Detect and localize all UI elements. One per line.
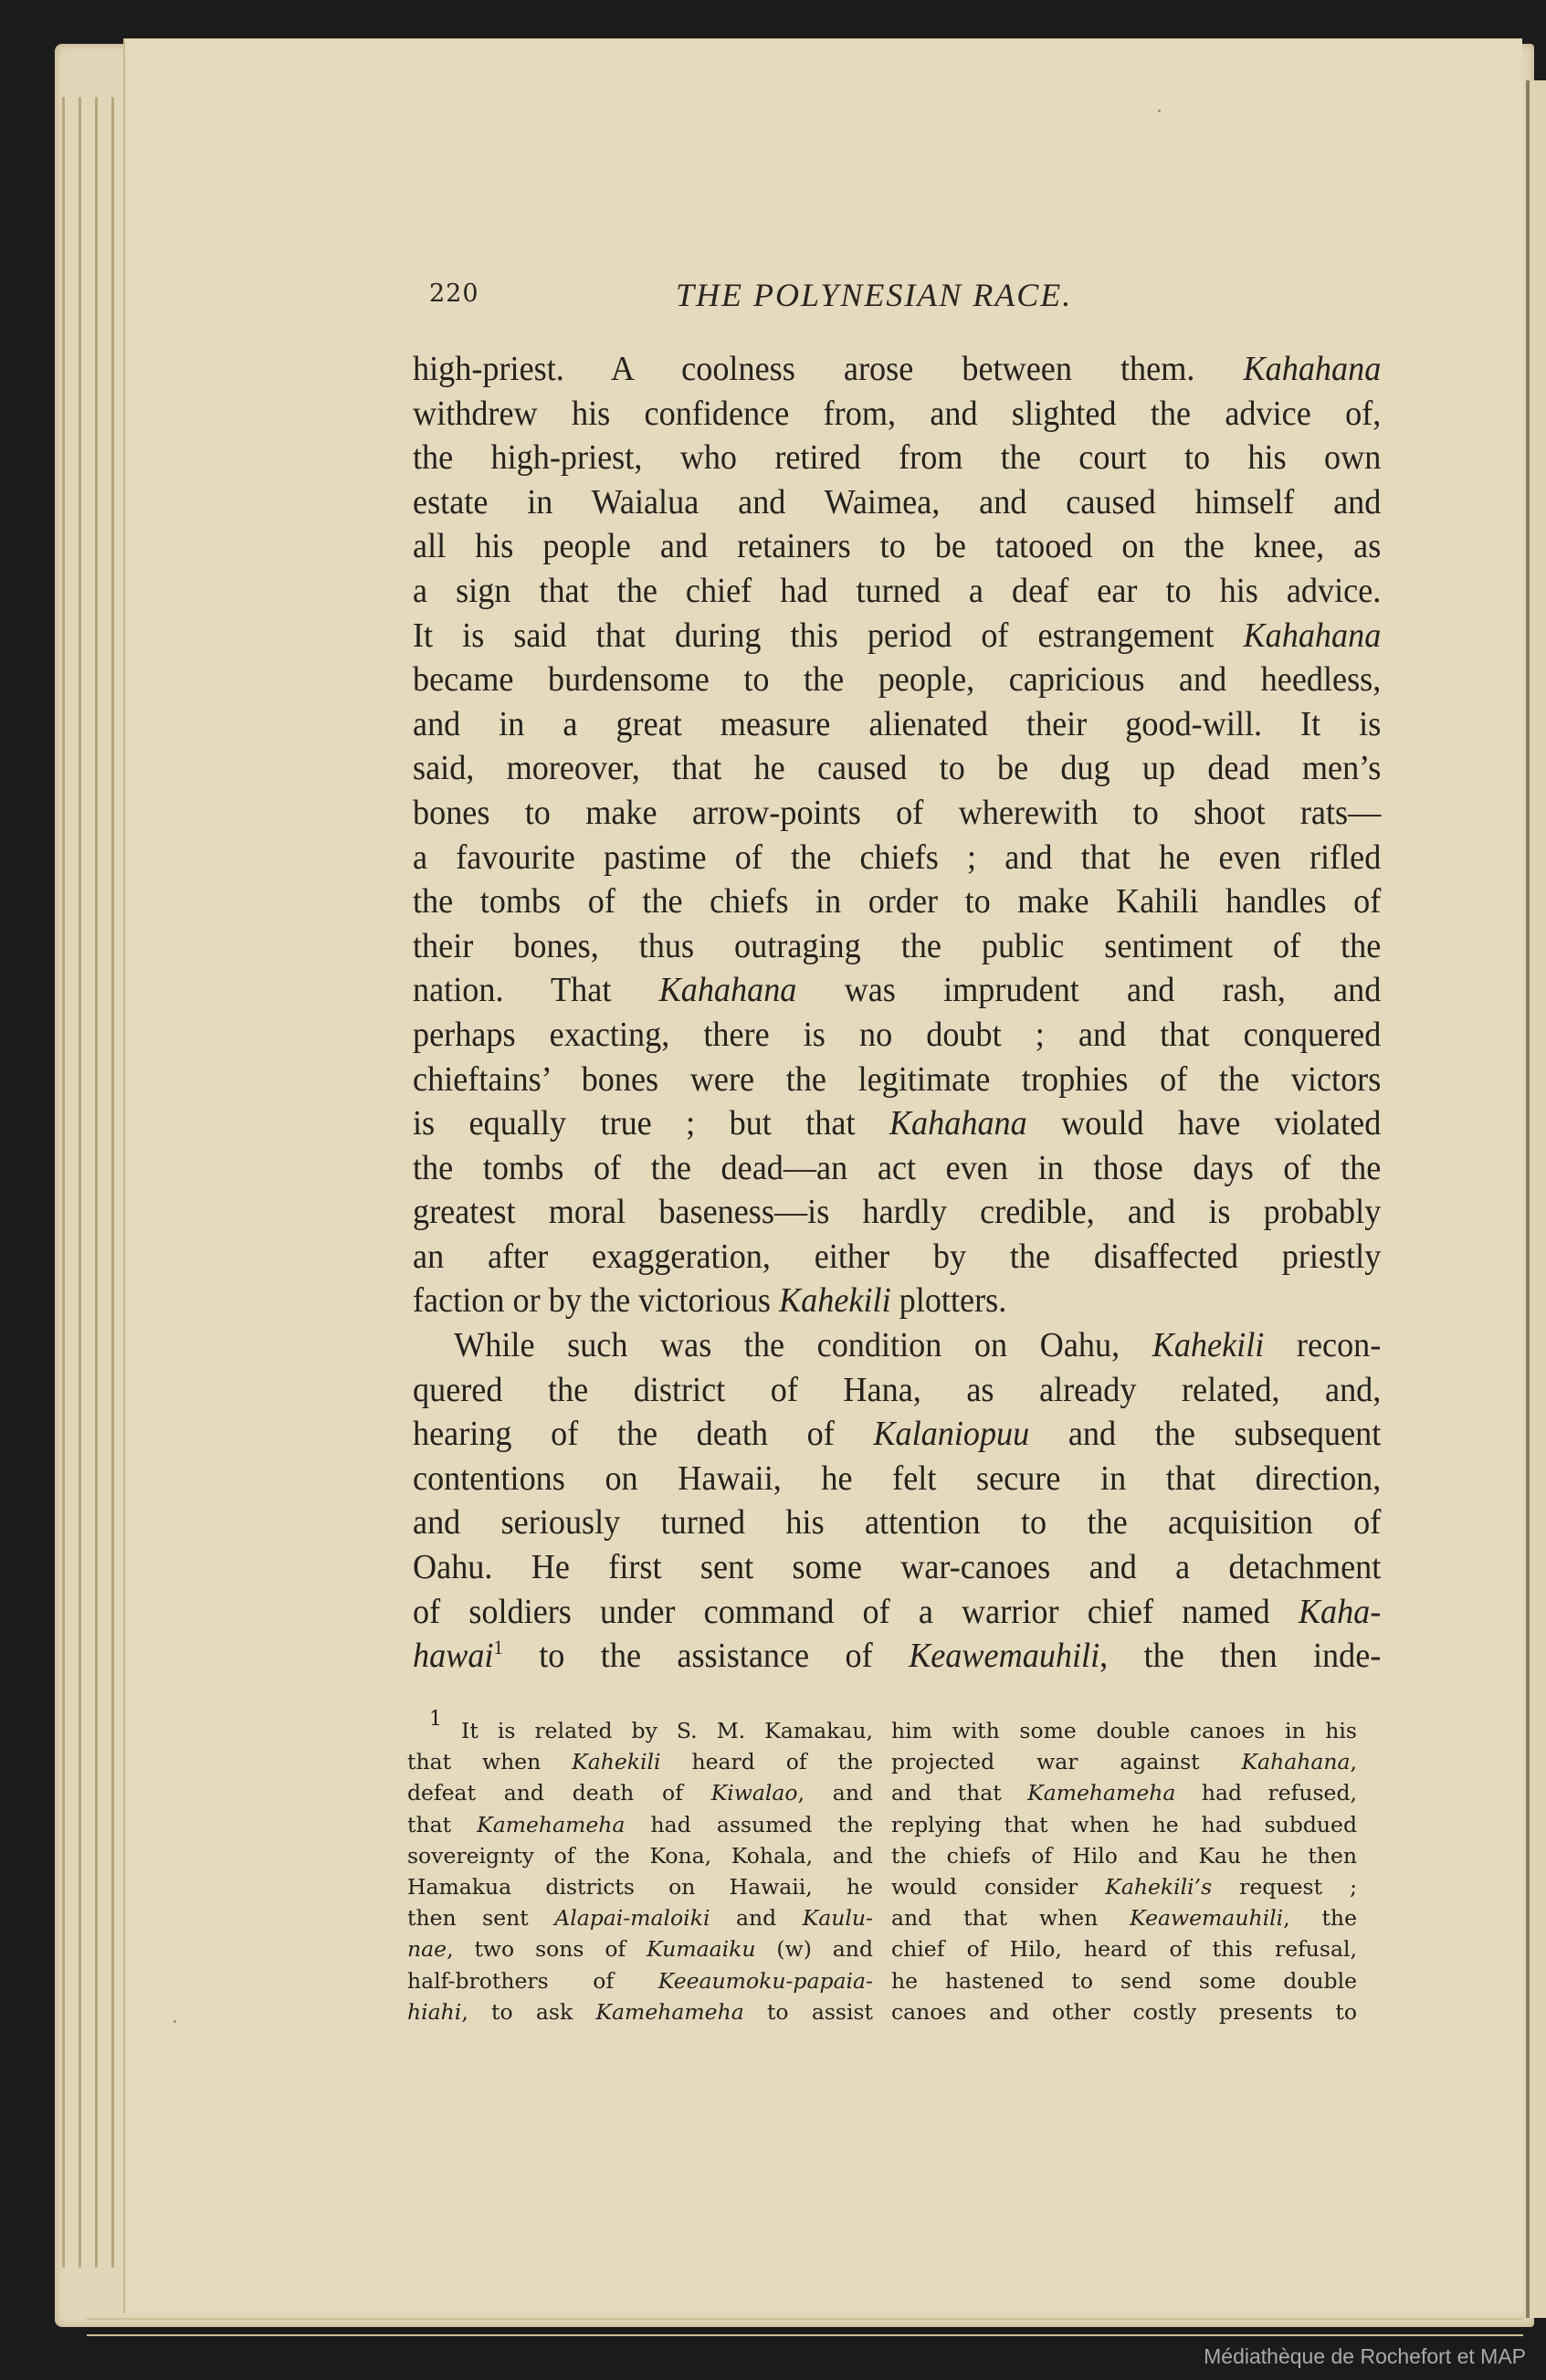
text-run: plotters. <box>891 1281 1007 1320</box>
page-leaf-edge <box>79 97 81 2268</box>
book-gutter-shadow <box>1526 80 1530 2318</box>
text-line: and that when Keawemauhili, the <box>891 1902 1357 1933</box>
text-line: became burdensome to the people, caprici… <box>413 658 1381 702</box>
italic-name: Keawemauhili <box>1130 1905 1283 1931</box>
text-run: high-priest. A coolness arose between th… <box>413 350 1244 388</box>
text-line: replying that when he had subdued <box>891 1809 1357 1840</box>
text-run: became burdensome to the people, caprici… <box>413 660 1381 699</box>
text-line: While such was the condition on Oahu, Ka… <box>413 1323 1381 1368</box>
text-run: canoes and other costly presents to <box>891 1999 1357 2025</box>
text-line: a sign that the chief had turned a deaf … <box>413 569 1381 614</box>
text-line: the tombs of the dead—an act even in tho… <box>413 1146 1381 1191</box>
text-run: hearing of the death of <box>413 1415 873 1453</box>
text-run: (w) and <box>756 1936 873 1962</box>
text-run: , the <box>1283 1905 1357 1931</box>
text-line: hearing of the death of Kalaniopuu and t… <box>413 1412 1381 1457</box>
text-run: nation. That <box>413 971 659 1009</box>
text-line: bones to make arrow-points of wherewith … <box>413 791 1381 836</box>
text-line: perhaps exacting, there is no doubt ; an… <box>413 1013 1381 1058</box>
text-line: then sent Alapai-maloiki and Kaulu- <box>407 1902 873 1933</box>
text-run: the chiefs of Hilo and Kau he then <box>891 1843 1357 1869</box>
text-run: a favourite pastime of the chiefs ; and … <box>413 838 1381 877</box>
text-line: and in a great measure alienated their g… <box>413 702 1381 747</box>
text-run: a sign that the chief had turned a deaf … <box>413 572 1381 610</box>
italic-name: Kamehameha <box>595 1999 743 2025</box>
text-run: greatest moral baseness—is hardly credib… <box>413 1193 1381 1231</box>
text-run: quered the district of Hana, as already … <box>413 1371 1381 1409</box>
text-line: chieftains’ bones were the legitimate tr… <box>413 1058 1381 1102</box>
running-title: THE POLYNESIAN RACE. <box>676 276 1072 314</box>
text-run: request ; <box>1212 1874 1357 1900</box>
text-run: , to ask <box>461 1999 595 2025</box>
text-run: he hastened to send some double <box>891 1968 1357 1994</box>
text-line: canoes and other costly presents to <box>891 1996 1357 2027</box>
italic-name: Kahahana <box>889 1104 1027 1143</box>
italic-name: Kumaaiku <box>647 1936 755 1962</box>
text-run: is equally true ; but that <box>413 1104 889 1143</box>
text-line: is equally true ; but that Kahahana woul… <box>413 1101 1381 1146</box>
text-run: projected war against <box>891 1749 1242 1774</box>
page-leaf-edge <box>111 97 114 2268</box>
text-run: heard of the <box>661 1749 873 1774</box>
text-line: all his people and retainers to be tatoo… <box>413 524 1381 569</box>
page-number: 220 <box>429 279 479 308</box>
text-line: nation. That Kahahana was imprudent and … <box>413 968 1381 1013</box>
footnote-column-right: him with some double canoes in hisprojec… <box>891 1715 1357 2027</box>
page-leaf-edge <box>62 97 65 2268</box>
text-line: an after exaggeration, either by the dis… <box>413 1235 1381 1280</box>
text-run: an after exaggeration, either by the dis… <box>413 1237 1381 1276</box>
text-run: him with some double canoes in his <box>891 1718 1357 1743</box>
italic-name: Keawemauhili <box>909 1637 1099 1675</box>
italic-name: hawai <box>413 1637 493 1675</box>
adjacent-page-edge <box>1530 80 1546 2318</box>
italic-name: Keeaumoku-papaia- <box>658 1968 873 1994</box>
text-run: said, moreover, that he caused to be dug… <box>413 749 1381 787</box>
text-line: sovereignty of the Kona, Kohala, and <box>407 1840 873 1871</box>
page-leaf-edge <box>95 97 98 2268</box>
text-run: Oahu. He first sent some war-canoes and … <box>413 1548 1381 1586</box>
text-run: defeat and death of <box>407 1780 711 1806</box>
text-run: perhaps exacting, there is no doubt ; an… <box>413 1016 1381 1054</box>
text-run: , and <box>798 1780 873 1806</box>
italic-name: Kahekili <box>779 1281 891 1320</box>
text-run: to the assistance of <box>503 1637 909 1675</box>
text-run: and seriously turned his attention to th… <box>413 1503 1381 1542</box>
text-line: Hamakua districts on Hawaii, he <box>407 1871 873 1902</box>
italic-name: Kalaniopuu <box>873 1415 1029 1453</box>
page-bottom-edge <box>87 2318 1523 2336</box>
text-line: faction or by the victorious Kahekili pl… <box>413 1279 1381 1323</box>
text-run: , the then inde- <box>1099 1637 1381 1675</box>
text-line: hiahi, to ask Kamehameha to assist <box>407 1996 873 2027</box>
text-line: their bones, thus outraging the public s… <box>413 924 1381 969</box>
footnote-column-left: 1 It is related by S. M. Kamakau,that wh… <box>407 1715 873 2027</box>
text-run: and in a great measure alienated their g… <box>413 705 1381 743</box>
italic-name: Kaulu- <box>803 1905 873 1931</box>
text-run: and the subsequent <box>1029 1415 1381 1453</box>
text-run: faction or by the victorious <box>413 1281 779 1320</box>
text-line: chief of Hilo, heard of this refusal, <box>891 1933 1357 1964</box>
italic-name: hiahi <box>407 1999 461 2025</box>
text-line: that when Kahekili heard of the <box>407 1746 873 1777</box>
text-line: he hastened to send some double <box>891 1965 1357 1996</box>
text-run: was imprudent and rash, and <box>796 971 1381 1009</box>
text-run: estate in Waialua and Waimea, and caused… <box>413 483 1381 521</box>
text-run: to assist <box>744 1999 873 2025</box>
running-header: 220 THE POLYNESIAN RACE. <box>429 276 1397 316</box>
text-line: that Kamehameha had assumed the <box>407 1809 873 1840</box>
italic-name: nae <box>407 1936 447 1962</box>
text-line: and that Kamehameha had refused, <box>891 1777 1357 1808</box>
text-run: contentions on Hawaii, he felt secure in… <box>413 1459 1381 1498</box>
text-line: withdrew his confidence from, and slight… <box>413 392 1381 437</box>
text-line: estate in Waialua and Waimea, and caused… <box>413 480 1381 525</box>
italic-name: Kaha- <box>1299 1593 1381 1631</box>
italic-name: Kahekili’s <box>1105 1874 1212 1900</box>
text-run: It is said that during this period of es… <box>413 616 1244 655</box>
italic-name: Kahahana <box>1242 1749 1351 1774</box>
italic-name: Kamehameha <box>1027 1780 1175 1806</box>
text-line: high-priest. A coolness arose between th… <box>413 347 1381 392</box>
text-line: and seriously turned his attention to th… <box>413 1501 1381 1545</box>
text-line: contentions on Hawaii, he felt secure in… <box>413 1457 1381 1501</box>
paper-speck <box>1158 110 1161 112</box>
text-line: It is said that during this period of es… <box>413 614 1381 658</box>
text-line: of soldiers under command of a warrior c… <box>413 1590 1381 1635</box>
text-run: , <box>1351 1749 1357 1774</box>
text-line: 1 It is related by S. M. Kamakau, <box>407 1715 873 1746</box>
italic-name: Kahahana <box>1244 350 1382 388</box>
text-run: , two sons of <box>447 1936 647 1962</box>
text-line: a favourite pastime of the chiefs ; and … <box>413 836 1381 880</box>
text-run: half-brothers of <box>407 1968 658 1994</box>
text-run: the tombs of the chiefs in order to make… <box>413 882 1381 921</box>
text-line: defeat and death of Kiwalao, and <box>407 1777 873 1808</box>
text-line: said, moreover, that he caused to be dug… <box>413 746 1381 791</box>
text-line: projected war against Kahahana, <box>891 1746 1357 1777</box>
text-line: him with some double canoes in his <box>891 1715 1357 1746</box>
text-run: and <box>710 1905 802 1931</box>
text-line: the chiefs of Hilo and Kau he then <box>891 1840 1357 1871</box>
text-line: half-brothers of Keeaumoku-papaia- <box>407 1965 873 1996</box>
italic-name: Kahahana <box>1244 616 1382 655</box>
text-run: the tombs of the dead—an act even in tho… <box>413 1149 1381 1187</box>
paper-speck <box>174 2020 176 2023</box>
italic-name: Kahekili <box>572 1749 660 1774</box>
italic-name: Alapai-maloiki <box>554 1905 710 1931</box>
text-run: It is related by S. M. Kamakau, <box>442 1718 873 1743</box>
text-run: While such was the condition on Oahu, <box>454 1326 1152 1364</box>
library-watermark: Médiathèque de Rochefort et MAP <box>1204 2344 1526 2369</box>
text-run: Hamakua districts on Hawaii, he <box>407 1874 873 1900</box>
text-run: that <box>407 1812 477 1838</box>
text-run: bones to make arrow-points of wherewith … <box>413 794 1381 832</box>
italic-name: Kiwalao <box>711 1780 798 1806</box>
text-line: the tombs of the chiefs in order to make… <box>413 879 1381 924</box>
text-run: sovereignty of the Kona, Kohala, and <box>407 1843 873 1869</box>
text-run: and that when <box>891 1905 1130 1931</box>
body-text: high-priest. A coolness arose between th… <box>413 347 1324 1679</box>
text-line: Oahu. He first sent some war-canoes and … <box>413 1545 1381 1590</box>
text-line: the high-priest, who retired from the co… <box>413 436 1381 480</box>
text-run: chief of Hilo, heard of this refusal, <box>891 1936 1357 1962</box>
text-run: their bones, thus outraging the public s… <box>413 927 1381 965</box>
text-run: replying that when he had subdued <box>891 1812 1357 1838</box>
footnote-marker: 1 <box>493 1636 502 1659</box>
text-line: would consider Kahekili’s request ; <box>891 1871 1357 1902</box>
text-line: hawai1 to the assistance of Keawemauhili… <box>413 1634 1381 1679</box>
text-run: had refused, <box>1175 1780 1357 1806</box>
italic-name: Kamehameha <box>477 1812 625 1838</box>
text-run: withdrew his confidence from, and slight… <box>413 395 1381 433</box>
text-run: then sent <box>407 1905 554 1931</box>
text-run: that when <box>407 1749 572 1774</box>
text-line: quered the district of Hana, as already … <box>413 1368 1381 1413</box>
footnote-marker: 1 <box>429 1708 442 1731</box>
text-run: the high-priest, who retired from the co… <box>413 438 1381 477</box>
text-run: of soldiers under command of a warrior c… <box>413 1593 1299 1631</box>
text-run: would have violated <box>1027 1104 1382 1143</box>
text-run: and that <box>891 1780 1027 1806</box>
text-run: would consider <box>891 1874 1105 1900</box>
text-run: recon- <box>1264 1326 1381 1364</box>
text-run: all his people and retainers to be tatoo… <box>413 527 1381 565</box>
text-line: nae, two sons of Kumaaiku (w) and <box>407 1933 873 1964</box>
text-run: had assumed the <box>625 1812 873 1838</box>
italic-name: Kahahana <box>659 971 797 1009</box>
text-line: greatest moral baseness—is hardly credib… <box>413 1190 1381 1235</box>
italic-name: Kahekili <box>1152 1326 1265 1364</box>
text-run: chieftains’ bones were the legitimate tr… <box>413 1060 1381 1099</box>
